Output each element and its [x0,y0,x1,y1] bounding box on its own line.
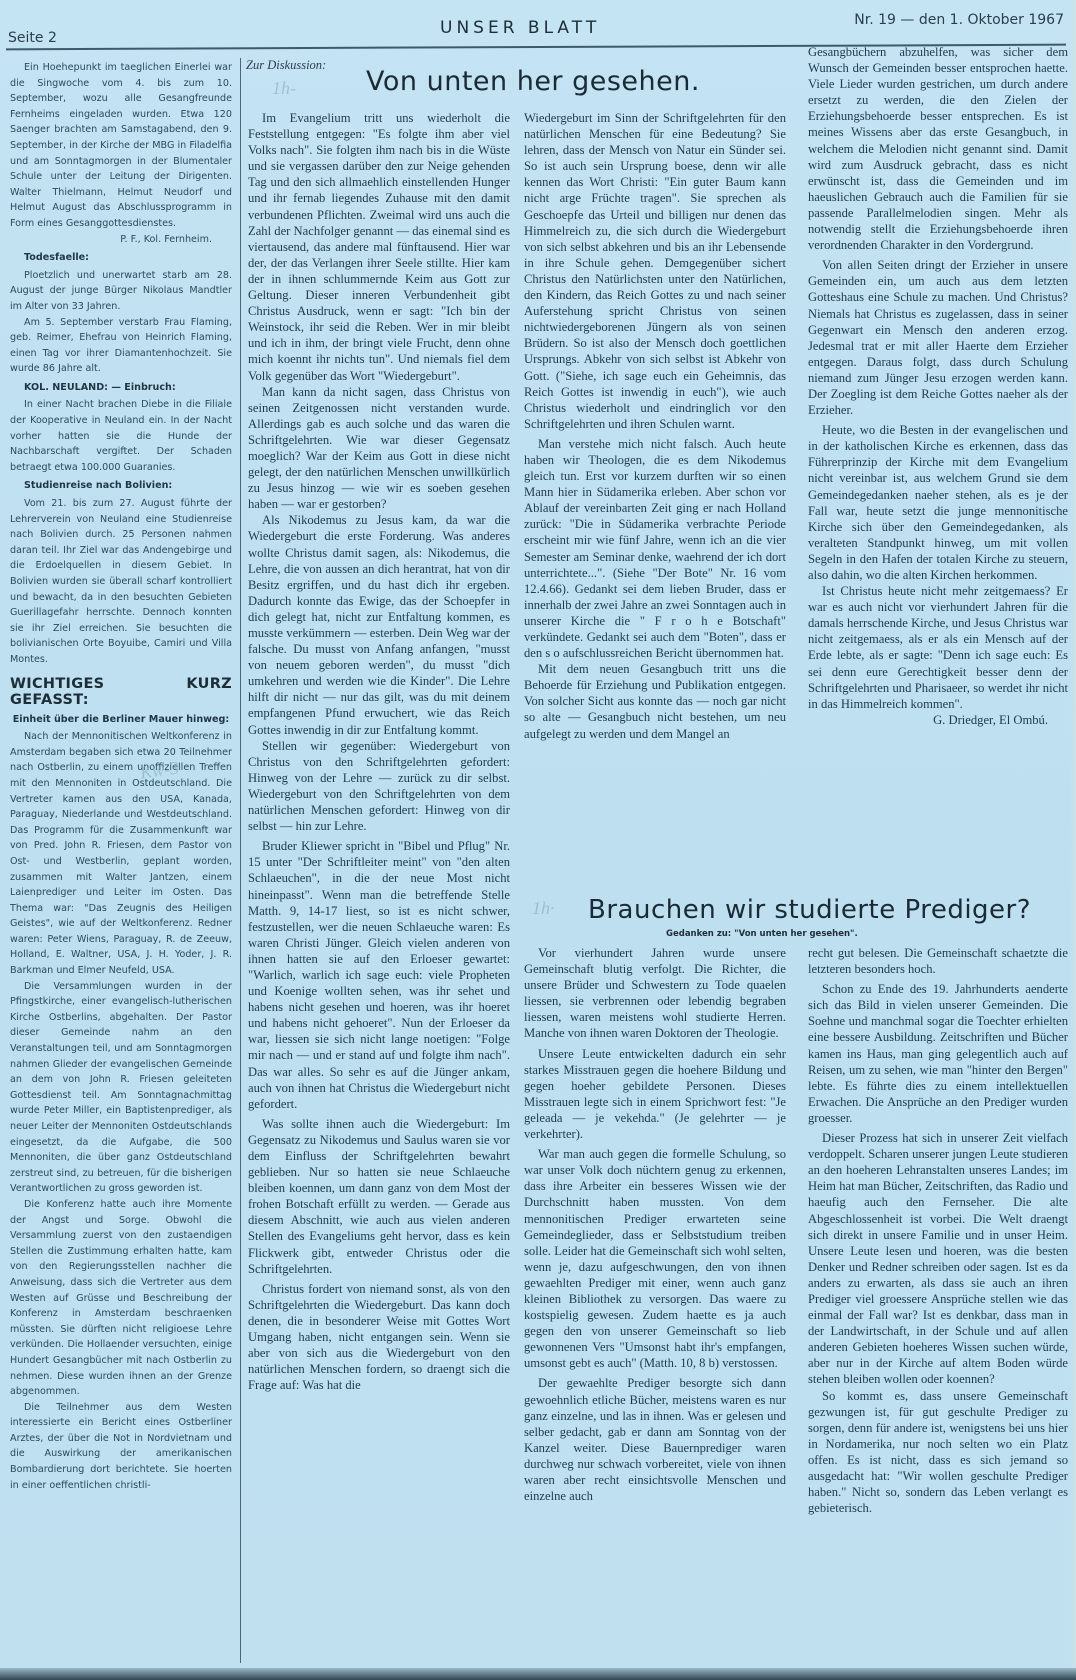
page-bottom-edge [0,1668,1076,1680]
paragraph: Wiedergeburt im Sinn der Schriftgelehrte… [524,110,786,432]
pencil-annotation: 1h- [272,78,296,99]
subheading-neuland: KOL. NEULAND: — Einbruch: [24,380,232,396]
paragraph: Stellen wir gegenüber: Wiedergeburt von … [248,738,510,835]
article1-column-2: Wiedergeburt im Sinn der Schriftgelehrte… [524,110,786,742]
paragraph: Bruder Kliewer spricht in "Bibel und Pfl… [248,838,510,1112]
paragraph: Christus fordert von niemand sonst, als … [248,1281,510,1394]
paragraph: Die Konferenz hatte auch ihre Momente de… [10,1197,232,1400]
paragraph: Unsere Leute entwickelten dadurch ein se… [524,1046,786,1143]
article2-column-1: Vor vierhundert Jahren wurde unsere Geme… [524,945,786,1504]
article2-column-2: recht gut belesen. Die Gemeinschaft scha… [808,945,1068,1516]
paragraph: Man verstehe mich nicht falsch. Auch heu… [524,436,786,661]
article2-headline: Brauchen wir studierte Prediger? [588,895,1031,925]
article-signature: G. Driedger, El Ombú. [808,712,1068,728]
paragraph: Ploetzlich und unerwartet starb am 28. A… [10,268,232,315]
article-kicker: Zur Diskussion: [246,58,326,73]
paragraph: Schon zu Ende des 19. Jahrhunderts aende… [808,981,1068,1126]
subheading-deaths: Todesfaelle: [24,250,232,266]
section-heading-kurz: WICHTIGES KURZ GEFASST: [10,676,232,708]
issue-date: Nr. 19 — den 1. Oktober 1967 [854,12,1064,28]
article1-column-1: Im Evangelium tritt uns wiederholt die F… [248,110,510,1393]
newspaper-page: Seite 2 UNSER BLATT Nr. 19 — den 1. Okto… [0,0,1076,1680]
paragraph: Vom 21. bis zum 27. August führte der Le… [10,496,232,668]
article-headline: Von unten her gesehen. [366,66,700,97]
subheading-bolivien: Studienreise nach Bolivien: [24,478,232,494]
paragraph: In einer Nacht brachen Diebe in die Fili… [10,397,232,475]
paragraph: Dieser Prozess hat sich in unserer Zeit … [808,1130,1068,1388]
paragraph: recht gut belesen. Die Gemeinschaft scha… [808,945,1068,977]
paragraph: Von allen Seiten dringt der Erzieher in … [808,257,1068,418]
article1-column-3: Gesangbüchern abzuhelfen, was sicher dem… [808,44,1068,728]
paragraph: Der gewaehlte Prediger besorgte sich dan… [524,1375,786,1504]
newspaper-title: UNSER BLATT [440,18,600,38]
paragraph: Ist Christus heute nicht mehr zeitgemaes… [808,583,1068,712]
local-news-column: Ein Hoehepunkt im taeglichen Einerlei wa… [10,60,232,1493]
paragraph: Als Nikodemus zu Jesus kam, da war die W… [248,512,510,737]
paragraph: Man kann da nicht sagen, dass Christus v… [248,384,510,513]
singwoche-item: Ein Hoehepunkt im taeglichen Einerlei wa… [10,60,232,247]
column-divider [240,58,241,1663]
paragraph: War man auch gegen die formelle Schulung… [524,1146,786,1371]
pencil-annotation: 1h· [532,898,555,919]
paragraph: Die Teilnehmer aus dem Westen interessie… [10,1400,232,1494]
paragraph: Heute, wo die Besten in der evangelische… [808,422,1068,583]
paragraph: Gesangbüchern abzuhelfen, was sicher dem… [808,44,1068,253]
paragraph: Ein Hoehepunkt im taeglichen Einerlei wa… [10,60,232,232]
paragraph: Im Evangelium tritt uns wiederholt die F… [248,110,510,384]
subheading-berlin: Einheit über die Berliner Mauer hinweg: [10,712,232,728]
paragraph: So kommt es, dass unsere Gemeinschaft ge… [808,1388,1068,1517]
paragraph: Mit dem neuen Gesangbuch tritt uns die B… [524,661,786,741]
page-number: Seite 2 [8,30,57,46]
paragraph: Die Versammlungen wurden in der Pfingstk… [10,979,232,1197]
article2-subheadline: Gedanken zu: "Von unten her gesehen". [666,929,858,939]
paragraph: Am 5. September verstarb Frau Flaming, g… [10,315,232,377]
signature: P. F., Kol. Fernheim. [10,232,232,248]
paragraph: Vor vierhundert Jahren wurde unsere Geme… [524,945,786,1042]
masthead: Seite 2 UNSER BLATT Nr. 19 — den 1. Okto… [0,0,1076,50]
paragraph: Nach der Mennonitischen Weltkonferenz in… [10,729,232,979]
page-edge [1070,0,1076,1680]
paragraph: Was sollte ihnen auch die Wiedergeburt: … [248,1116,510,1277]
